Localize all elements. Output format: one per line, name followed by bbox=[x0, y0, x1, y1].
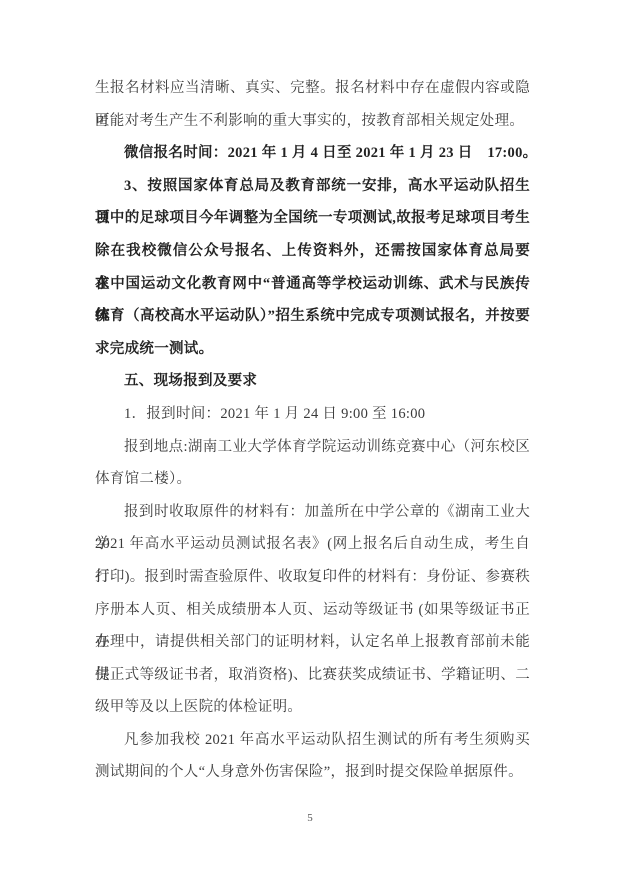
doc-line-checkin-location: 报到地点:湖南工业大学体育学院运动训练竞赛中心（河东校区 bbox=[95, 431, 530, 464]
doc-line-disqualification: 供正式等级证书者，取消资格)、比赛获奖成绩证书、学籍证明、二 bbox=[95, 659, 530, 692]
document-page: 生报名材料应当清晰、真实、完整。报名材料中存在虚假内容或隐匿 可能对考生产生不利… bbox=[0, 0, 620, 877]
section-heading-onsite-checkin: 五、现场报到及要求 bbox=[95, 365, 530, 398]
doc-line-hospital-checkup: 级甲等及以上医院的体检证明。 bbox=[95, 691, 530, 724]
doc-line-materials-clarity: 生报名材料应当清晰、真实、完整。报名材料中存在虚假内容或隐匿 bbox=[95, 72, 530, 105]
doc-line-besides-wechat: 除在我校微信公众号报名、上传资料外，还需按国家体育总局要求， bbox=[95, 235, 530, 268]
doc-line-registration-form: 2021 年高水平运动员测试报名表》(网上报名后自动生成，考生自行 bbox=[95, 528, 530, 561]
doc-line-wechat-signup-time: 微信报名时间：2021 年 1 月 4 日至 2021 年 1 月 23 日 1… bbox=[95, 137, 530, 170]
doc-line-roster-pages: 序册本人页、相关成绩册本人页、运动等级证书 (如果等级证书正在 bbox=[95, 594, 530, 627]
doc-line-insurance-receipt: 测试期间的个人“人身意外伤害保险”，报到时提交保险单据原件。 bbox=[95, 756, 530, 789]
doc-line-unified-test: 求完成统一测试。 bbox=[95, 333, 530, 366]
document-body: 生报名材料应当清晰、真实、完整。报名材料中存在虚假内容或隐匿 可能对考生产生不利… bbox=[95, 72, 530, 789]
doc-line-sports-education-site: 在中国运动文化教育网中“普通高等学校运动训练、武术与民族传统 bbox=[95, 268, 530, 301]
doc-line-certificate-pending: 办理中，请提供相关部门的证明材料，认定名单上报教育部前未能提 bbox=[95, 626, 530, 659]
doc-line-original-materials: 报到时收取原件的材料有：加盖所在中学公章的《湖南工业大学 bbox=[95, 496, 530, 529]
doc-line-item3-arrangement: 3、按照国家体育总局及教育部统一安排，高水平运动队招生项 bbox=[95, 170, 530, 203]
doc-line-recruit-system: 体育（高校高水平运动队）”招生系统中完成专项测试报名，并按要 bbox=[95, 300, 530, 333]
doc-line-football-adjustment: 目中的足球项目今年调整为全国统一专项测试,故报考足球项目考生 bbox=[95, 202, 530, 235]
doc-line-print-and-verify: 打印)。报到时需查验原件、收取复印件的材料有：身份证、参赛秩 bbox=[95, 561, 530, 594]
doc-line-materials-penalty: 可能对考生产生不利影响的重大事实的，按教育部相关规定处理。 bbox=[95, 105, 530, 138]
doc-line-gym-second-floor: 体育馆二楼）。 bbox=[95, 463, 530, 496]
doc-line-insurance-requirement: 凡参加我校 2021 年高水平运动队招生测试的所有考生须购买 bbox=[95, 724, 530, 757]
doc-line-checkin-time: 1．报到时间：2021 年 1 月 24 日 9:00 至 16:00 bbox=[95, 398, 530, 431]
page-number: 5 bbox=[0, 812, 620, 824]
